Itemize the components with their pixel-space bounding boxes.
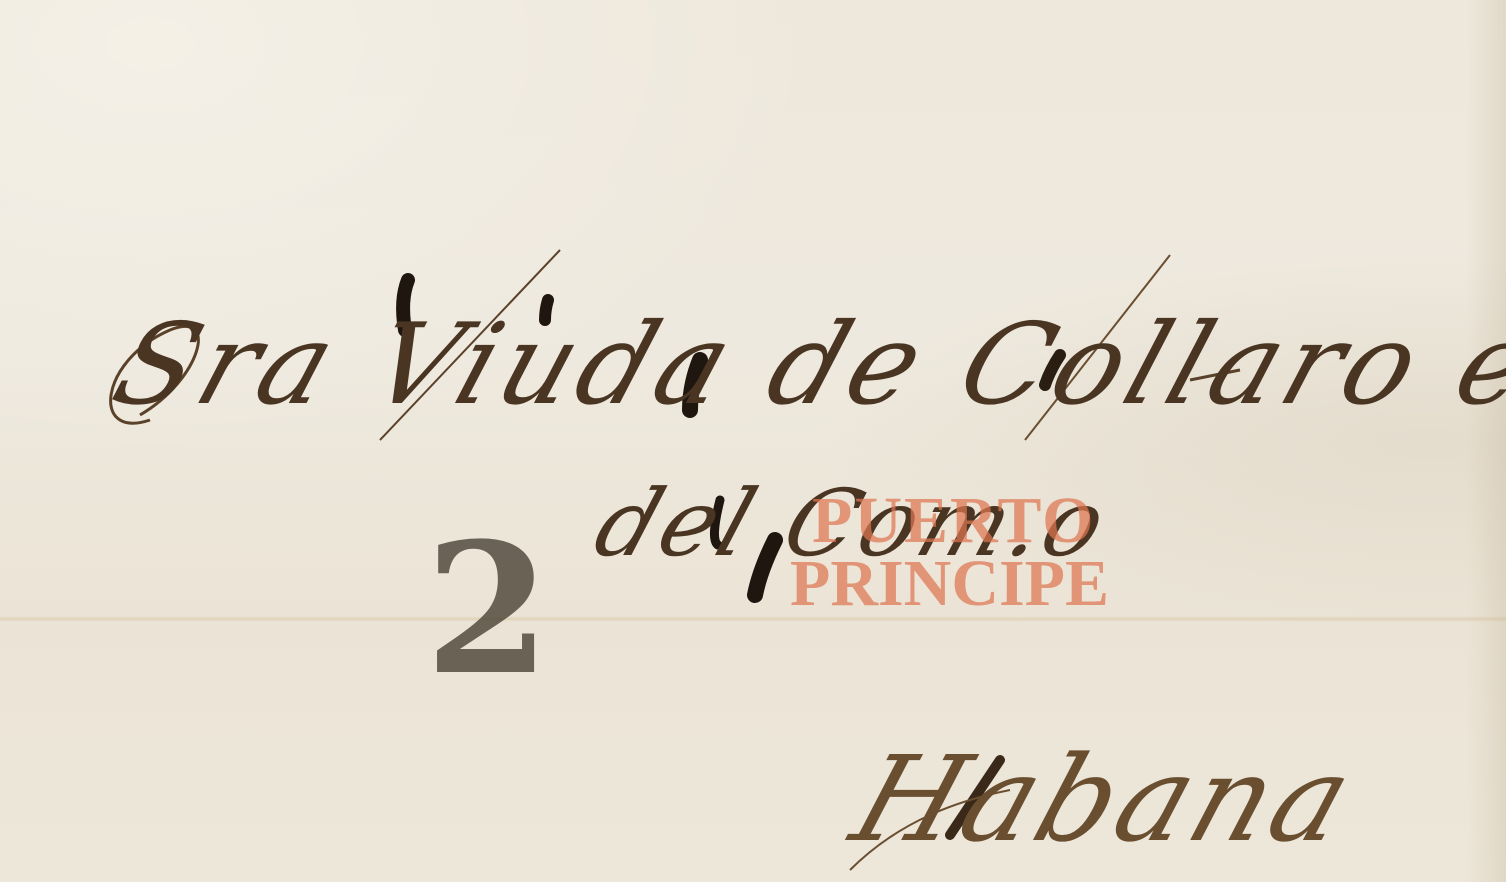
postmark-line-1: PUERTO [790,490,1109,553]
postmark-line-2: PRINCIPE [790,553,1109,616]
red-postmark-stamp: PUERTO PRINCIPE [790,490,1109,615]
address-line-city: Habana [838,730,1372,868]
postage-rate-mark: 2 [425,520,550,700]
letter-sheet: Sra Viuda de Collaro e hijo — del Com.o … [0,0,1506,882]
address-line-recipient: Sra Viuda de Collaro e hijo — [99,300,1506,430]
paper-edge-shadow [1466,0,1506,882]
horizontal-fold-line [0,616,1506,622]
